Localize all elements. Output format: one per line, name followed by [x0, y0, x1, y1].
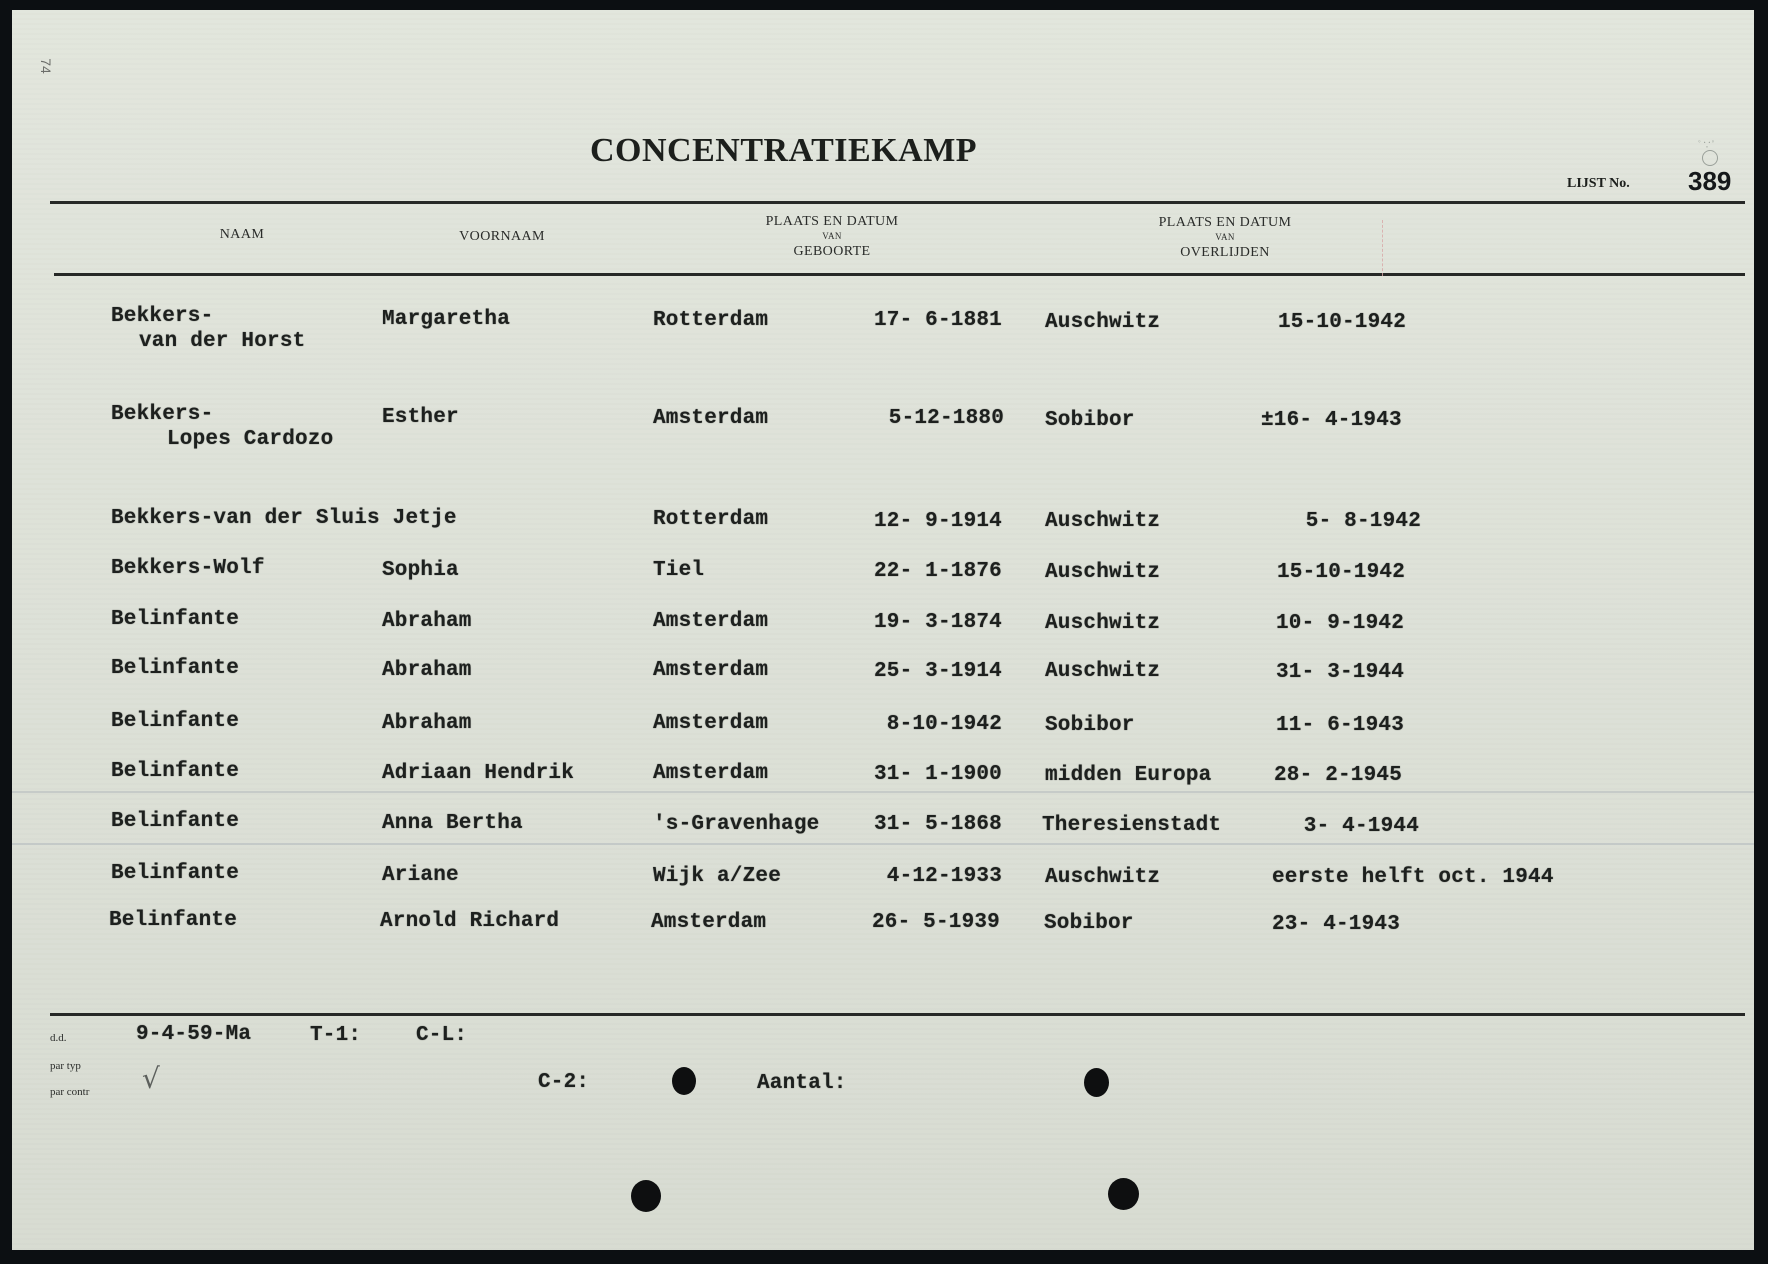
cell-geboortedatum: 26- 5-1939 [840, 911, 1000, 934]
cell-naam: Bekkers-van der Sluis Jetje [111, 507, 457, 530]
cell-naam: Belinfante [109, 909, 237, 932]
cell-overlijdensdatum: 23- 4-1943 [1272, 913, 1400, 936]
cell-overlijdensplaats: Sobibor [1045, 409, 1135, 432]
cell-voornaam: Abraham [382, 659, 472, 682]
overlijden-line3: OVERLIJDEN [1180, 245, 1270, 260]
cell-naam: Belinfante [111, 657, 239, 680]
cell-voornaam: Margaretha [382, 308, 510, 331]
archive-card: 74 CONCENTRATIEKAMP ﾟ∵ﾟ LIJST No. 389 NA… [12, 10, 1754, 1250]
cell-voornaam: Esther [382, 406, 459, 429]
header-top-rule [50, 201, 1745, 204]
cell-overlijdensdatum: 31- 3-1944 [1276, 661, 1404, 684]
cell-naam: Belinfante [111, 760, 239, 783]
check-mark-icon: √ [142, 1062, 160, 1095]
punch-hole-icon [672, 1067, 696, 1095]
cell-overlijdensplaats: Auschwitz [1045, 510, 1160, 533]
t1-label: T-1: [310, 1024, 361, 1047]
column-header-voornaam: VOORNAAM [432, 230, 572, 244]
stamp-circle-icon [1702, 150, 1718, 166]
cell-overlijdensplaats: midden Europa [1045, 764, 1211, 787]
cell-geboortedatum: 22- 1-1876 [842, 560, 1002, 583]
cell-geboorteplaats: Rotterdam [653, 508, 768, 531]
cell-voornaam: Abraham [382, 610, 472, 633]
cell-naam: Belinfante [111, 862, 239, 885]
punch-hole-icon [1108, 1178, 1139, 1210]
cell-geboorteplaats: Tiel [653, 559, 704, 582]
cell-voornaam: Arnold Richard [380, 910, 559, 933]
cell-voornaam: Anna Bertha [382, 812, 523, 835]
cell-geboortedatum: 19- 3-1874 [842, 611, 1002, 634]
margin-line [1382, 220, 1383, 276]
cell-geboorteplaats: Wijk a/Zee [653, 865, 781, 888]
cell-naam: Bekkers- [111, 305, 213, 328]
cell-voornaam: Adriaan Hendrik [382, 762, 574, 785]
geboorte-line1: PLAATS EN DATUM [766, 214, 899, 229]
cl-label: C-L: [416, 1024, 467, 1047]
column-header-naam: NAAM [192, 228, 292, 242]
cell-overlijdensdatum: 10- 9-1942 [1276, 612, 1404, 635]
cell-overlijdensplaats: Sobibor [1044, 912, 1134, 935]
cell-geboorteplaats: Amsterdam [653, 762, 768, 785]
pencil-annotation: 74 [38, 58, 54, 74]
cell-overlijdensplaats: Theresienstadt [1042, 814, 1221, 837]
cell-geboortedatum: 31- 5-1868 [842, 813, 1002, 836]
dd-value: 9-4-59-Ma [136, 1023, 251, 1046]
dd-label: d.d. [50, 1032, 67, 1044]
cell-overlijdensplaats: Sobibor [1045, 714, 1135, 737]
cell-geboorteplaats: Amsterdam [653, 659, 768, 682]
cell-overlijdensdatum: 15-10-1942 [1278, 311, 1406, 334]
cell-geboorteplaats: Amsterdam [651, 911, 766, 934]
cell-geboorteplaats: Amsterdam [653, 407, 768, 430]
cell-overlijdensdatum: 15-10-1942 [1277, 561, 1405, 584]
cell-overlijdensdatum: 5- 8-1942 [1262, 510, 1421, 533]
cell-naam-line2: van der Horst [139, 330, 305, 353]
cell-overlijdensdatum: 11- 6-1943 [1276, 714, 1404, 737]
geboorte-line2: VAN [722, 232, 942, 241]
punch-hole-icon [631, 1180, 661, 1212]
cell-geboorteplaats: 's-Gravenhage [653, 813, 819, 836]
cell-geboorteplaats: Rotterdam [653, 309, 768, 332]
cell-overlijdensdatum: eerste helft oct. 1944 [1272, 866, 1554, 889]
cell-geboortedatum: 8-10-1942 [842, 713, 1002, 736]
cell-overlijdensdatum: ±16- 4-1943 [1261, 409, 1402, 432]
geboorte-line3: GEBOORTE [793, 244, 870, 259]
cell-overlijdensplaats: Auschwitz [1045, 660, 1160, 683]
cell-geboortedatum: 4-12-1933 [842, 865, 1002, 888]
cell-naam: Bekkers-Wolf [111, 557, 265, 580]
cell-geboortedatum: 5-12-1880 [842, 407, 1004, 430]
cell-geboortedatum: 12- 9-1914 [842, 510, 1002, 533]
cell-naam: Belinfante [111, 608, 239, 631]
par-typ-label: par typ [50, 1060, 81, 1072]
aantal-label: Aantal: [757, 1072, 847, 1095]
par-contr-label: par contr [50, 1086, 89, 1098]
cell-overlijdensplaats: Auschwitz [1045, 612, 1160, 635]
overlijden-line1: PLAATS EN DATUM [1159, 215, 1292, 230]
overlijden-line2: VAN [1115, 233, 1335, 242]
cell-naam: Belinfante [111, 710, 239, 733]
list-number: 389 [1688, 166, 1731, 197]
cell-overlijdensplaats: Auschwitz [1045, 311, 1160, 334]
header-bottom-rule [54, 273, 1745, 276]
cell-voornaam: Sophia [382, 559, 459, 582]
column-header-overlijden: PLAATS EN DATUM VAN OVERLIJDEN [1115, 216, 1335, 260]
list-number-label: LIJST No. [1567, 176, 1630, 192]
cell-geboorteplaats: Amsterdam [653, 712, 768, 735]
paper-crease [12, 843, 1754, 845]
cell-naam-line2: Lopes Cardozo [167, 428, 333, 451]
stamp-marks: ﾟ∵ﾟ [1698, 138, 1716, 151]
cell-geboortedatum: 31- 1-1900 [842, 763, 1002, 786]
footer-rule [50, 1013, 1745, 1016]
document-title: CONCENTRATIEKAMP [590, 132, 977, 170]
cell-overlijdensdatum: 28- 2-1945 [1274, 764, 1402, 787]
cell-voornaam: Ariane [382, 864, 459, 887]
punch-hole-icon [1084, 1068, 1109, 1097]
cell-overlijdensplaats: Auschwitz [1045, 866, 1160, 889]
cell-geboorteplaats: Amsterdam [653, 610, 768, 633]
cell-naam: Belinfante [111, 810, 239, 833]
c2-label: C-2: [538, 1071, 589, 1094]
cell-overlijdensdatum: 3- 4-1944 [1262, 815, 1419, 838]
cell-geboortedatum: 25- 3-1914 [842, 660, 1002, 683]
cell-overlijdensplaats: Auschwitz [1045, 561, 1160, 584]
cell-geboortedatum: 17- 6-1881 [842, 309, 1002, 332]
cell-voornaam: Abraham [382, 712, 472, 735]
paper-crease [12, 791, 1754, 793]
column-header-geboorte: PLAATS EN DATUM VAN GEBOORTE [722, 215, 942, 259]
cell-naam: Bekkers- [111, 403, 213, 426]
